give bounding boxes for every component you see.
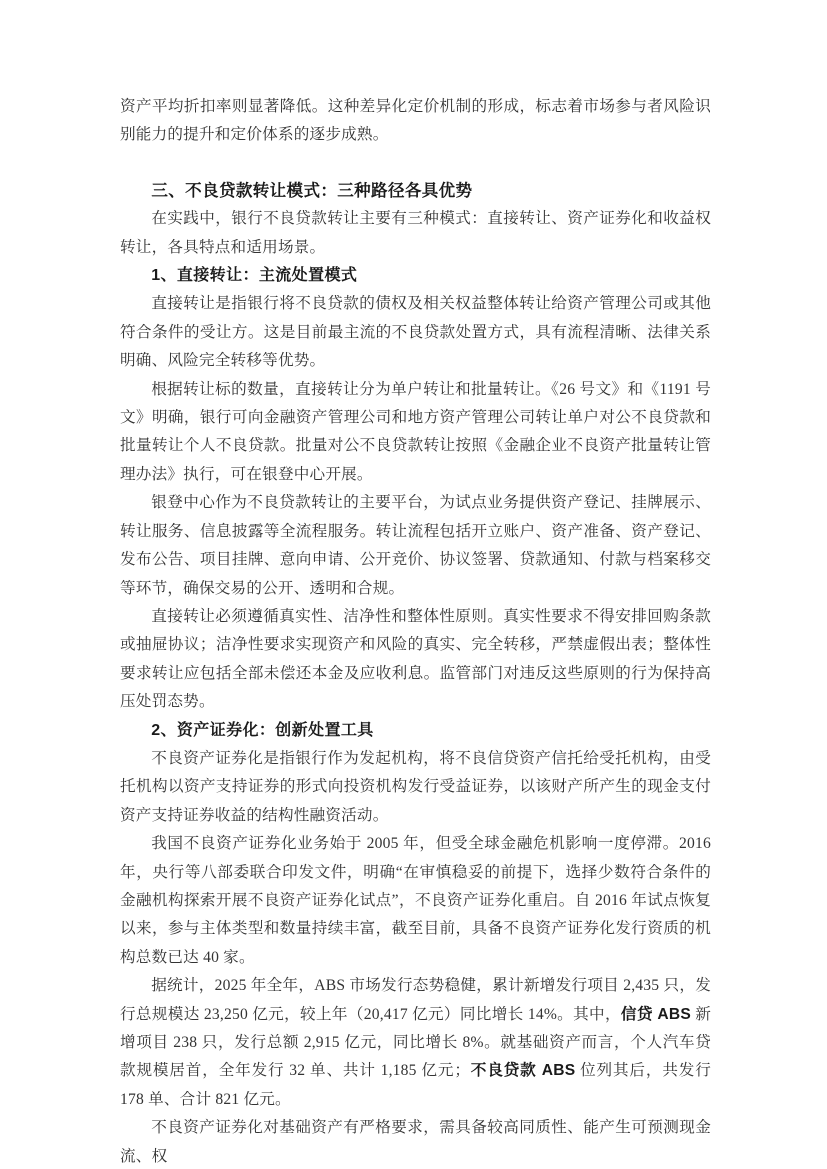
- text-run: 我国不良资产证券化业务始于 2005 年，但受全球金融危机影响一度停滞。2016…: [120, 835, 711, 966]
- paragraph-yindeng-platform: 银登中心作为不良贷款转让的主要平台，为试点业务提供资产登记、挂牌展示、转让服务、…: [120, 489, 711, 603]
- text-run: 不良资产证券化对基础资产有严格要求，需具备较高同质性、能产生可预测现金流、权: [120, 1119, 711, 1164]
- text-run: 资产平均折扣率则显著降低。这种差异化定价机制的形成，标志着市场参与者风险识别能力…: [120, 98, 711, 143]
- document-page: 资产平均折扣率则显著降低。这种差异化定价机制的形成，标志着市场参与者风险识别能力…: [0, 0, 827, 1169]
- paragraph-abs-statistics: 据统计，2025 年全年，ABS 市场发行态势稳健，累计新增发行项目 2,435…: [120, 972, 711, 1114]
- text-run: 直接转让必须遵循真实性、洁净性和整体性原则。真实性要求不得安排回购条款或抽屉协议…: [120, 608, 711, 710]
- section-heading-transfer-models: 三、不良贷款转让模式：三种路径各具优势: [120, 177, 711, 205]
- paragraph-securitization-definition: 不良资产证券化是指银行作为发起机构，将不良信贷资产信托给受托机构，由受托机构以资…: [120, 745, 711, 830]
- paragraph-securitization-history: 我国不良资产证券化业务始于 2005 年，但受全球金融危机影响一度停滞。2016…: [120, 830, 711, 972]
- bold-text-run: 2、资产证券化：创新处置工具: [151, 722, 374, 739]
- bold-text-run: 不良贷款 ABS: [470, 1062, 575, 1079]
- text-run: 直接转让是指银行将不良贷款的债权及相关权益整体转让给资产管理公司或其他符合条件的…: [120, 295, 711, 369]
- paragraph-single-batch-transfer: 根据转让标的数量，直接转让分为单户转让和批量转让。《26 号文》和《1191 号…: [120, 376, 711, 490]
- paragraph-direct-transfer-definition: 直接转让是指银行将不良贷款的债权及相关权益整体转让给资产管理公司或其他符合条件的…: [120, 290, 711, 375]
- subsection-heading-securitization: 2、资产证券化：创新处置工具: [120, 717, 711, 745]
- paragraph-transfer-principles: 直接转让必须遵循真实性、洁净性和整体性原则。真实性要求不得安排回购条款或抽屉协议…: [120, 603, 711, 717]
- text-run: 在实践中，银行不良贷款转让主要有三种模式：直接转让、资产证券化和收益权转让，各具…: [120, 210, 711, 255]
- bold-text-run: 三、不良贷款转让模式：三种路径各具优势: [151, 182, 472, 200]
- text-run: 不良资产证券化是指银行作为发起机构，将不良信贷资产信托给受托机构，由受托机构以资…: [120, 750, 711, 824]
- text-run: 根据转让标的数量，直接转让分为单户转让和批量转让。《26 号文》和《1191 号…: [120, 381, 711, 483]
- paragraph-underlying-asset-requirements: 不良资产证券化对基础资产有严格要求，需具备较高同质性、能产生可预测现金流、权: [120, 1114, 711, 1169]
- subsection-heading-direct-transfer: 1、直接转让：主流处置模式: [120, 262, 711, 290]
- bold-text-run: 1、直接转让：主流处置模式: [151, 267, 357, 284]
- text-run: 银登中心作为不良贷款转让的主要平台，为试点业务提供资产登记、挂牌展示、转让服务、…: [120, 494, 711, 596]
- paragraph-three-models-intro: 在实践中，银行不良贷款转让主要有三种模式：直接转让、资产证券化和收益权转让，各具…: [120, 205, 711, 262]
- document-body: 资产平均折扣率则显著降低。这种差异化定价机制的形成，标志着市场参与者风险识别能力…: [120, 93, 711, 1169]
- paragraph-pricing-maturity: 资产平均折扣率则显著降低。这种差异化定价机制的形成，标志着市场参与者风险识别能力…: [120, 93, 711, 150]
- bold-text-run: 信贷 ABS: [621, 1006, 691, 1023]
